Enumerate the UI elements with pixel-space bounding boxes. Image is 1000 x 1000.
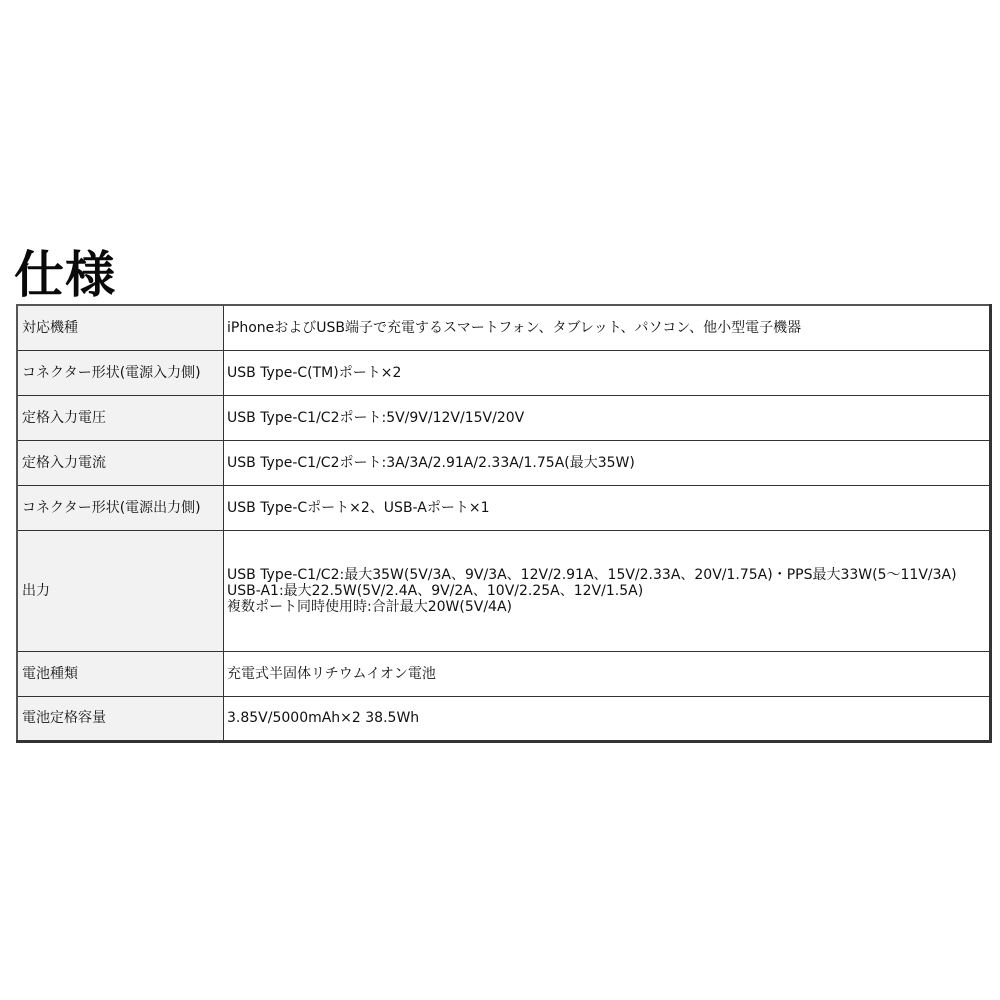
spec-value-line: 複数ポート同時使用時:合計最大20W(5V/4A) xyxy=(227,599,985,615)
spec-value-line: USB Type-Cポート×2、USB-Aポート×1 xyxy=(227,500,985,516)
spec-label: 定格入力電圧 xyxy=(17,395,224,440)
spec-label: コネクター形状(電源入力側) xyxy=(17,350,224,395)
spec-label: 出力 xyxy=(17,530,224,651)
spec-row-rated-input-voltage: 定格入力電圧 USB Type-C1/C2ポート:5V/9V/12V/15V/2… xyxy=(17,395,991,440)
spec-value-line: 充電式半固体リチウムイオン電池 xyxy=(227,666,985,682)
spec-row-battery-type: 電池種類 充電式半固体リチウムイオン電池 xyxy=(17,651,991,696)
spec-row-battery-capacity: 電池定格容量 3.85V/5000mAh×2 38.5Wh xyxy=(17,696,991,741)
page-title: 仕様 xyxy=(14,244,116,306)
spec-value: USB Type-C1/C2:最大35W(5V/3A、9V/3A、12V/2.9… xyxy=(224,530,991,651)
spec-value-line: USB Type-C1/C2:最大35W(5V/3A、9V/3A、12V/2.9… xyxy=(227,567,985,583)
spec-value: USB Type-C(TM)ポート×2 xyxy=(224,350,991,395)
spec-row-output: 出力 USB Type-C1/C2:最大35W(5V/3A、9V/3A、12V/… xyxy=(17,530,991,651)
spec-value-line: USB Type-C(TM)ポート×2 xyxy=(227,365,985,381)
spec-label: コネクター形状(電源出力側) xyxy=(17,485,224,530)
spec-value: 3.85V/5000mAh×2 38.5Wh xyxy=(224,696,991,741)
spec-label: 対応機種 xyxy=(17,305,224,350)
spec-row-output-connector: コネクター形状(電源出力側) USB Type-Cポート×2、USB-Aポート×… xyxy=(17,485,991,530)
spec-row-input-connector: コネクター形状(電源入力側) USB Type-C(TM)ポート×2 xyxy=(17,350,991,395)
spec-value: 充電式半固体リチウムイオン電池 xyxy=(224,651,991,696)
spec-value: USB Type-C1/C2ポート:3A/3A/2.91A/2.33A/1.75… xyxy=(224,440,991,485)
spec-table: 対応機種 iPhoneおよびUSB端子で充電するスマートフォン、タブレット、パソ… xyxy=(16,304,992,743)
spec-row-compatible-devices: 対応機種 iPhoneおよびUSB端子で充電するスマートフォン、タブレット、パソ… xyxy=(17,305,991,350)
spec-value-line: iPhoneおよびUSB端子で充電するスマートフォン、タブレット、パソコン、他小… xyxy=(227,320,985,336)
spec-row-rated-input-current: 定格入力電流 USB Type-C1/C2ポート:3A/3A/2.91A/2.3… xyxy=(17,440,991,485)
spec-value: USB Type-Cポート×2、USB-Aポート×1 xyxy=(224,485,991,530)
spec-value-line: USB Type-C1/C2ポート:5V/9V/12V/15V/20V xyxy=(227,410,985,426)
spec-label: 電池種類 xyxy=(17,651,224,696)
spec-value: iPhoneおよびUSB端子で充電するスマートフォン、タブレット、パソコン、他小… xyxy=(224,305,991,350)
spec-label: 電池定格容量 xyxy=(17,696,224,741)
spec-value-line: USB-A1:最大22.5W(5V/2.4A、9V/2A、10V/2.25A、1… xyxy=(227,583,985,599)
spec-label: 定格入力電流 xyxy=(17,440,224,485)
spec-value-line: 3.85V/5000mAh×2 38.5Wh xyxy=(227,710,985,726)
spec-value-line: USB Type-C1/C2ポート:3A/3A/2.91A/2.33A/1.75… xyxy=(227,455,985,471)
spec-value: USB Type-C1/C2ポート:5V/9V/12V/15V/20V xyxy=(224,395,991,440)
